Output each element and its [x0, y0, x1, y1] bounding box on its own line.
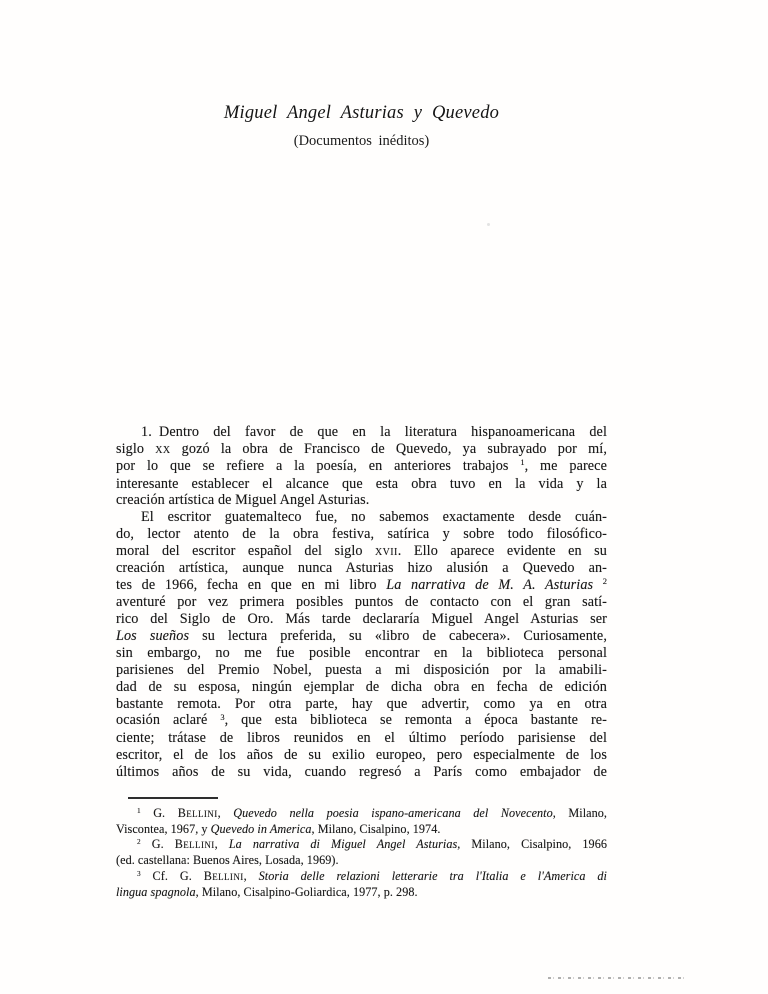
text-run — [593, 577, 603, 593]
text-run: Bellini — [204, 869, 244, 883]
text-line: parisienes del Premio Nobel, puesta a mi… — [116, 662, 607, 679]
text-line: ciente; trátase de libros reunidos en el… — [116, 730, 607, 747]
text-line: escritor, el de los años de su exilio eu… — [116, 747, 607, 764]
scan-speck-artifact — [487, 223, 490, 226]
text-run: moral del escritor español del siglo — [116, 543, 375, 559]
text-run: creación artística, aunque nunca Asturia… — [116, 560, 607, 576]
scanned-page: Miguel Angel Asturias y Quevedo (Documen… — [0, 0, 768, 994]
text-line: 1. Dentro del favor de que en la literat… — [116, 424, 607, 441]
text-line: El escritor guatemalteco fue, no sabemos… — [116, 509, 607, 526]
paragraph: 3 Cf. G. Bellini, Storia delle relazioni… — [116, 869, 607, 900]
text-run: (ed. castellana: Buenos Aires, Losada, 1… — [116, 853, 339, 867]
text-run: Los sueños — [116, 628, 189, 644]
text-line: sin embargo, no me fue posible encontrar… — [116, 645, 607, 662]
text-line: lingua spagnola, Milano, Cisalpino-Golia… — [116, 885, 607, 900]
text-run: do, lector atento de la obra festiva, sa… — [116, 526, 607, 542]
text-run: gozó la obra de Francisco de Quevedo, ya… — [171, 441, 607, 457]
text-line: 2 G. Bellini, La narrativa di Miguel Ang… — [116, 837, 607, 853]
footnote-reference: 2 — [603, 576, 607, 586]
text-run: Viscontea, 1967, y — [116, 822, 211, 836]
footnote-reference: 2 — [137, 837, 141, 846]
text-run: Storia delle relazioni letterarie tra l'… — [259, 869, 607, 883]
text-run: , Milano, — [553, 806, 607, 820]
text-run: aventuré por vez primera posibles puntos… — [116, 594, 607, 610]
text-column: Miguel Angel Asturias y Quevedo (Documen… — [116, 0, 607, 900]
text-run: tes de 1966, fecha en que en mi libro — [116, 577, 386, 593]
paragraph: El escritor guatemalteco fue, no sabemos… — [116, 509, 607, 781]
text-run: G. — [141, 806, 178, 820]
text-line: moral del escritor español del siglo xvi… — [116, 543, 607, 560]
text-line: Viscontea, 1967, y Quevedo in America, M… — [116, 822, 607, 837]
text-run: Bellini — [178, 806, 218, 820]
text-run: sin embargo, no me fue posible encontrar… — [116, 645, 607, 661]
text-run: interesante establecer el alcance que es… — [116, 476, 607, 492]
text-run: últimos años de su vida, cuando regresó … — [116, 764, 607, 780]
article-body: 1. Dentro del favor de que en la literat… — [116, 424, 607, 781]
text-line: creación artística de Miguel Angel Astur… — [116, 492, 607, 509]
footnote-reference: 3 — [137, 869, 141, 878]
text-line: aventuré por vez primera posibles puntos… — [116, 594, 607, 611]
article-title: Miguel Angel Asturias y Quevedo — [116, 102, 607, 125]
text-run: bastante remota. Por otra parte, hay que… — [116, 696, 607, 712]
article-subtitle: (Documentos inéditos) — [116, 132, 607, 151]
text-line: dad de su esposa, ningún ejemplar de dic… — [116, 679, 607, 696]
text-line: 3 Cf. G. Bellini, Storia delle relazioni… — [116, 869, 607, 885]
text-line: 1 G. Bellini, Quevedo nella poesia ispan… — [116, 806, 607, 822]
text-run — [207, 712, 220, 728]
text-run: , — [215, 837, 229, 851]
text-run: , Milano, Cisalpino-Goliardica, 1977, p.… — [196, 885, 418, 899]
paragraph: 1 G. Bellini, Quevedo nella poesia ispan… — [116, 806, 607, 837]
text-run: La narrativa de M. A. Asturias — [386, 577, 593, 593]
text-run: G. — [141, 837, 175, 851]
text-run: , — [218, 806, 234, 820]
paragraph: 1. Dentro del favor de que en la literat… — [116, 424, 607, 509]
footnotes-block: 1 G. Bellini, Quevedo nella poesia ispan… — [116, 806, 607, 900]
text-run — [509, 458, 521, 474]
text-run: , me parece — [525, 458, 607, 474]
footnote-reference: 1 — [520, 457, 524, 467]
text-run: su lectura preferida, su «libro de cabec… — [189, 628, 607, 644]
text-run: ciente; trátase de libros reunidos en el… — [116, 730, 607, 746]
text-line: últimos años de su vida, cuando regresó … — [116, 764, 607, 781]
text-line: siglo xx gozó la obra de Francisco de Qu… — [116, 441, 607, 458]
text-line: (ed. castellana: Buenos Aires, Losada, 1… — [116, 853, 607, 868]
text-run: , — [244, 869, 259, 883]
text-run: por lo que se refiere a la poesía, en an… — [116, 458, 509, 474]
text-run: creación artística de Miguel Angel Astur… — [116, 492, 369, 508]
paragraph: 2 G. Bellini, La narrativa di Miguel Ang… — [116, 837, 607, 868]
text-line: bastante remota. Por otra parte, hay que… — [116, 696, 607, 713]
text-run: El escritor guatemalteco fue, no sabemos… — [141, 509, 607, 525]
text-run: dad de su esposa, ningún ejemplar de dic… — [116, 679, 607, 695]
text-line: creación artística, aunque nunca Asturia… — [116, 560, 607, 577]
text-line: do, lector atento de la obra festiva, sa… — [116, 526, 607, 543]
text-run: Quevedo nella poesia ispano-americana de… — [233, 806, 553, 820]
text-run: escritor, el de los años de su exilio eu… — [116, 747, 607, 763]
text-line: interesante establecer el alcance que es… — [116, 476, 607, 493]
footnote-separator-rule — [128, 797, 218, 799]
text-line: Los sueños su lectura preferida, su «lib… — [116, 628, 607, 645]
text-run: Cf. G. — [141, 869, 204, 883]
text-run: Bellini — [175, 837, 215, 851]
text-run: siglo — [116, 441, 155, 457]
text-run: lingua spagnola — [116, 885, 196, 899]
text-run: xvii — [375, 543, 398, 559]
text-run: La narrativa di Miguel Angel Asturias — [229, 837, 457, 851]
text-run: parisienes del Premio Nobel, puesta a mi… — [116, 662, 607, 678]
text-run: 1. Dentro del favor de que en la literat… — [141, 424, 607, 440]
text-run: xx — [155, 441, 170, 457]
text-line: tes de 1966, fecha en que en mi libro La… — [116, 577, 607, 595]
text-run: . Ello aparece evidente en su — [398, 543, 607, 559]
scan-dashed-line-artifact — [548, 977, 684, 979]
footnote-reference: 1 — [137, 806, 141, 815]
text-line: ocasión aclaré 3, que esta biblioteca se… — [116, 712, 607, 730]
text-run: ocasión aclaré — [116, 712, 207, 728]
text-run: , Milano, Cisalpino, 1966 — [457, 837, 607, 851]
text-line: por lo que se refiere a la poesía, en an… — [116, 458, 607, 476]
text-run: , Milano, Cisalpino, 1974. — [312, 822, 441, 836]
text-line: rico del Siglo de Oro. Más tarde declara… — [116, 611, 607, 628]
text-run: rico del Siglo de Oro. Más tarde declara… — [116, 611, 607, 627]
footnote-reference: 3 — [220, 712, 224, 722]
text-run: , que esta biblioteca se remonta a época… — [225, 712, 607, 728]
text-run: Quevedo in America — [211, 822, 312, 836]
